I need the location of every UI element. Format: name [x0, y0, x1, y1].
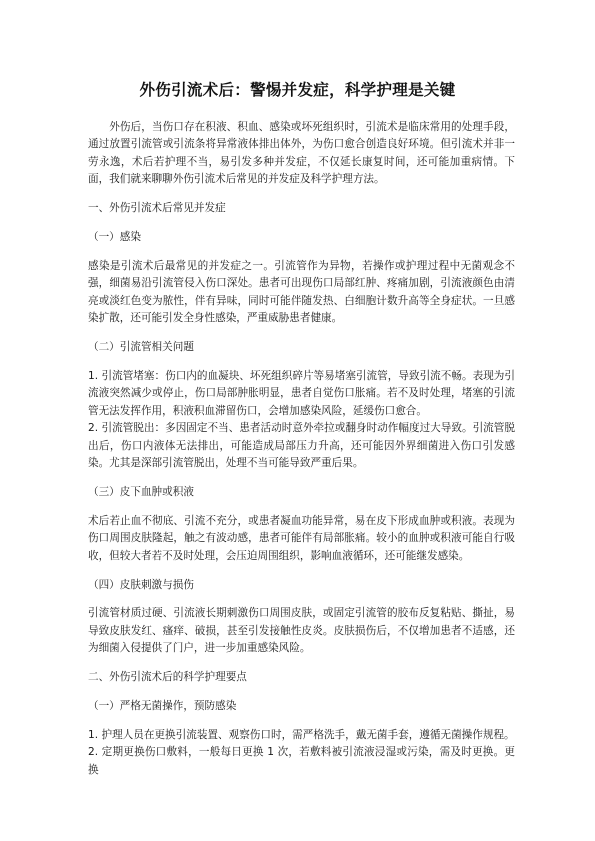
page-title: 外伤引流术后：警惕并发症，科学护理是关键: [0, 78, 595, 100]
document-page: 外伤引流术后：警惕并发症，科学护理是关键 外伤后，当伤口存在积液、积血、感染或坏…: [0, 0, 595, 841]
subheading-aseptic: （一）严格无菌操作，预防感染: [88, 698, 515, 715]
list-item-blockage: 1. 引流管堵塞：伤口内的血凝块、坏死组织碎片等易堵塞引流管，导致引流不畅。表现…: [88, 368, 515, 420]
section-heading-nursing: 二、外伤引流术后的科学护理要点: [88, 669, 515, 686]
list-item-hand-washing: 1. 护理人员在更换引流装置、观察伤口时，需严格洗手，戴无菌手套，遵循无菌操作规…: [88, 727, 515, 744]
subheading-hematoma: （三）皮下血肿或积液: [88, 484, 515, 501]
paragraph-infection: 感染是引流术后最常见的并发症之一。引流管作为异物，若操作或护理过程中无菌观念不强…: [88, 258, 515, 328]
intro-paragraph: 外伤后，当伤口存在积液、积血、感染或坏死组织时，引流术是临床常用的处理手段，通过…: [88, 119, 515, 189]
subheading-drain-tube-issues: （二）引流管相关问题: [88, 339, 515, 356]
article-body: 外伤后，当伤口存在积液、积血、感染或坏死组织时，引流术是临床常用的处理手段，通过…: [88, 119, 515, 779]
paragraph-skin-irritation: 引流管材质过硬、引流液长期刺激伤口周围皮肤，或固定引流管的胶布反复粘贴、撕扯，易…: [88, 605, 515, 657]
list-item-dressing-change: 2. 定期更换伤口敷料，一般每日更换 1 次，若敷料被引流液浸湿或污染，需及时更…: [88, 744, 515, 779]
paragraph-hematoma: 术后若止血不彻底、引流不充分，或患者凝血功能异常，易在皮下形成血肿或积液。表现为…: [88, 513, 515, 565]
list-item-dislodgement: 2. 引流管脱出：多因固定不当、患者活动时意外牵拉或翻身时动作幅度过大导致。引流…: [88, 420, 515, 472]
subheading-skin-irritation: （四）皮肤刺激与损伤: [88, 577, 515, 594]
subheading-infection: （一）感染: [88, 229, 515, 246]
section-heading-complications: 一、外伤引流术后常见并发症: [88, 200, 515, 217]
